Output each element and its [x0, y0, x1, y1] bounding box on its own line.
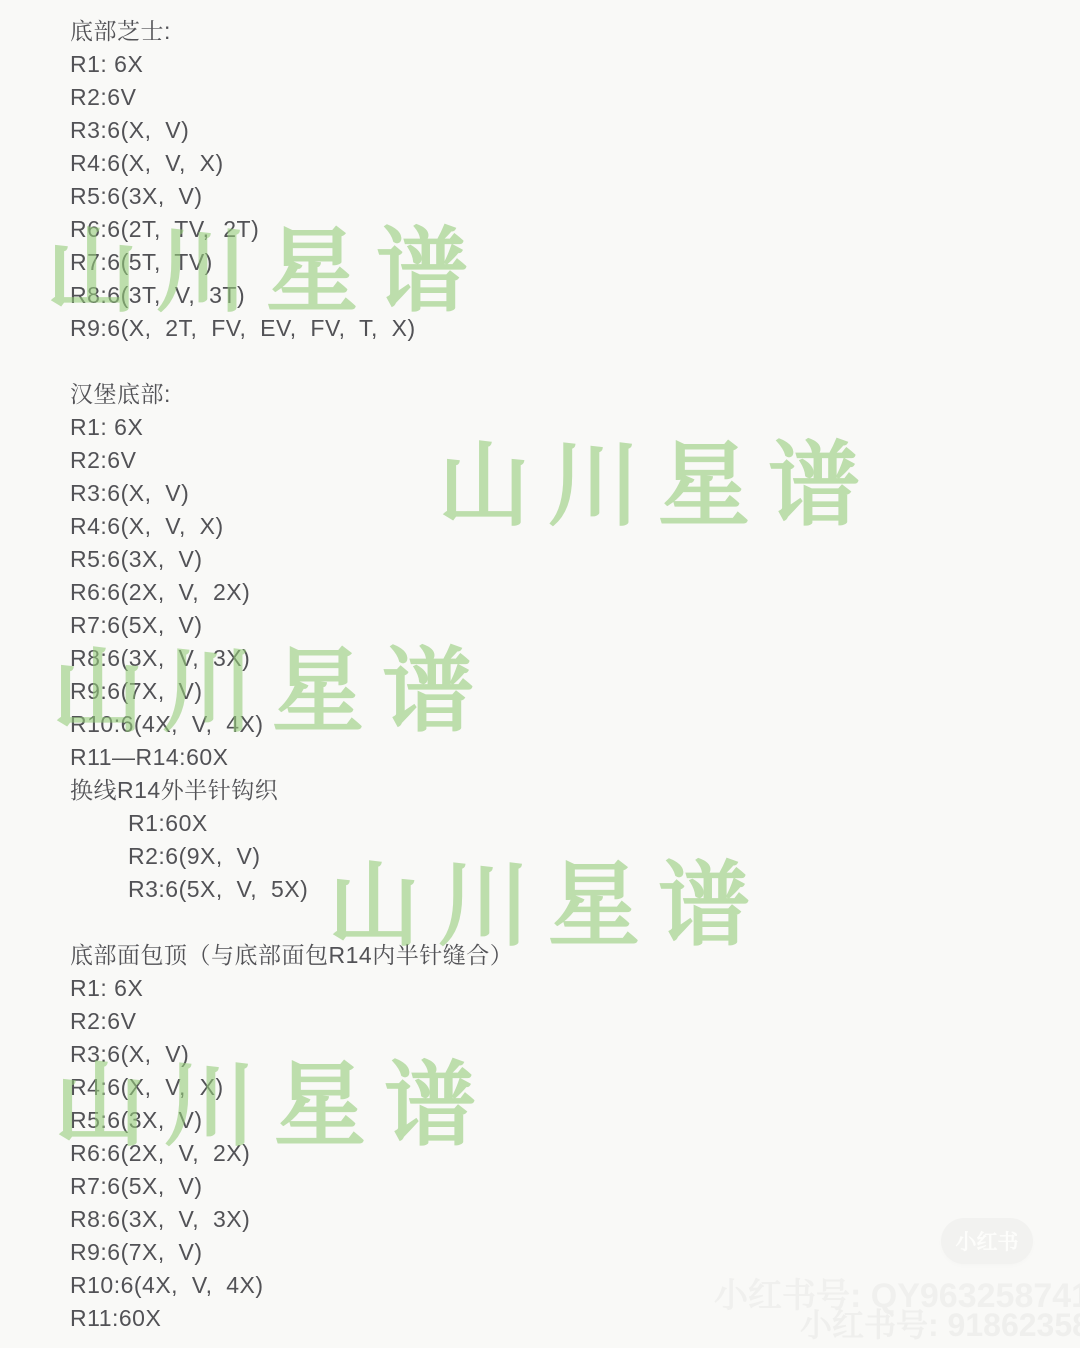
pattern-document: 底部芝士:R1: 6XR2:6VR3:6(X, V)R4:6(X, V, X)R… [70, 15, 1050, 1335]
pattern-row: R3:6(X, V) [70, 1038, 1050, 1071]
pattern-row: R2:6V [70, 1005, 1050, 1038]
pattern-row: R3:6(X, V) [70, 114, 1050, 147]
pattern-row: R1:60X [70, 807, 1050, 840]
pattern-row: R6:6(2X, V, 2X) [70, 1137, 1050, 1170]
pattern-row: R7:6(5X, V) [70, 1170, 1050, 1203]
pattern-row: R2:6V [70, 81, 1050, 114]
pattern-row: R6:6(2X, V, 2X) [70, 576, 1050, 609]
pattern-row: R1: 6X [70, 48, 1050, 81]
pattern-row: R8:6(3X, V, 3X) [70, 642, 1050, 675]
pattern-section: 底部面包顶（与底部面包R14内半针缝合）R1: 6XR2:6VR3:6(X, V… [70, 939, 1050, 1335]
pattern-row: R9:6(7X, V) [70, 1236, 1050, 1269]
pattern-row: R8:6(3X, V, 3X) [70, 1203, 1050, 1236]
pattern-row: R3:6(X, V) [70, 477, 1050, 510]
pattern-row: R7:6(5X, V) [70, 609, 1050, 642]
section-title: 底部芝士: [70, 15, 1050, 48]
pattern-row: R1: 6X [70, 411, 1050, 444]
pattern-row: R8:6(3T, V, 3T) [70, 279, 1050, 312]
pattern-row: R9:6(X, 2T, FV, EV, FV, T, X) [70, 312, 1050, 345]
pattern-row: R6:6(2T, TV, 2T) [70, 213, 1050, 246]
pattern-row: R2:6V [70, 444, 1050, 477]
section-title: 底部面包顶（与底部面包R14内半针缝合） [70, 939, 1050, 972]
pattern-row: R9:6(7X, V) [70, 675, 1050, 708]
pattern-row: R4:6(X, V, X) [70, 147, 1050, 180]
pattern-row: R11:60X [70, 1302, 1050, 1335]
pattern-row: R5:6(3X, V) [70, 1104, 1050, 1137]
pattern-row: R5:6(3X, V) [70, 543, 1050, 576]
pattern-row: R4:6(X, V, X) [70, 510, 1050, 543]
pattern-row: R3:6(5X, V, 5X) [70, 873, 1050, 906]
pattern-section: 底部芝士:R1: 6XR2:6VR3:6(X, V)R4:6(X, V, X)R… [70, 15, 1050, 345]
pattern-row: R10:6(4X, V, 4X) [70, 708, 1050, 741]
section-title: 汉堡底部: [70, 378, 1050, 411]
pattern-row: 换线R14外半针钩织 [70, 774, 1050, 807]
pattern-row: R2:6(9X, V) [70, 840, 1050, 873]
pattern-row: R5:6(3X, V) [70, 180, 1050, 213]
pattern-row: R11—R14:60X [70, 741, 1050, 774]
pattern-row: R7:6(5T, TV) [70, 246, 1050, 279]
pattern-row: R1: 6X [70, 972, 1050, 1005]
pattern-section: 汉堡底部:R1: 6XR2:6VR3:6(X, V)R4:6(X, V, X)R… [70, 378, 1050, 906]
pattern-row: R4:6(X, V, X) [70, 1071, 1050, 1104]
pattern-row: R10:6(4X, V, 4X) [70, 1269, 1050, 1302]
